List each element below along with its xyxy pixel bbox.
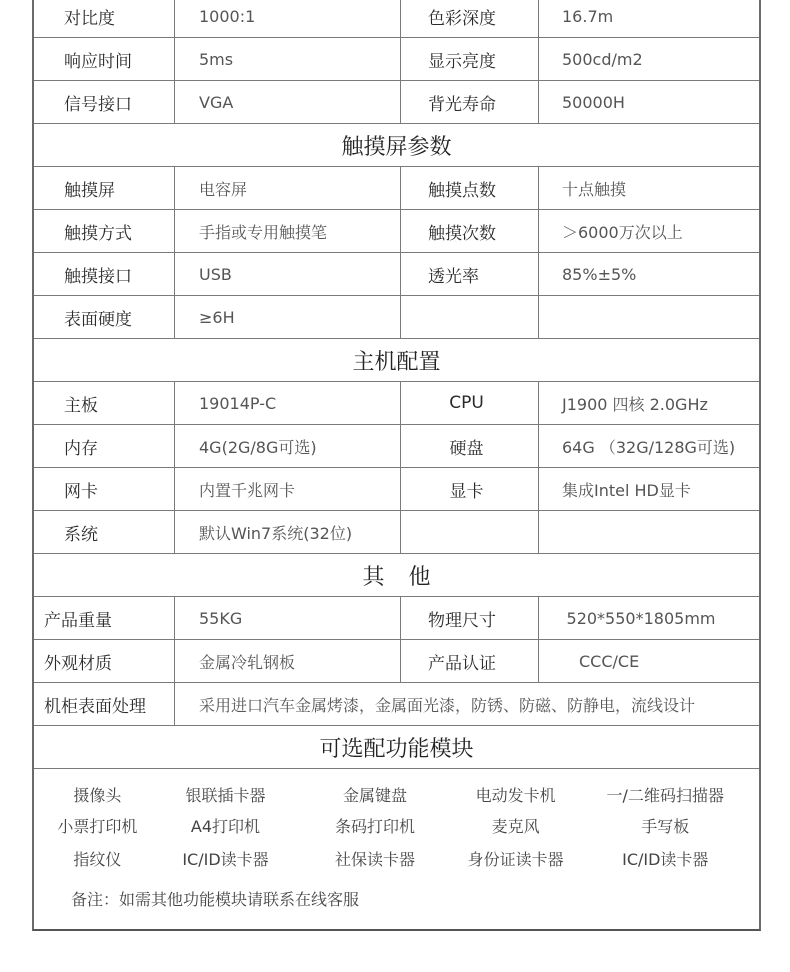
spec-value: CCC/CE [539, 640, 759, 682]
spec-key: 主板 [34, 382, 175, 424]
spec-value: 十点触摸 [539, 167, 759, 209]
spec-row-finish: 机柜表面处理 采用进口汽车金属烤漆，金属面光漆，防锈、防磁、防静电，流线设计 [34, 683, 759, 726]
spec-row: 产品重量 55KG 物理尺寸 520*550*1805mm [34, 597, 759, 640]
spec-key: 网卡 [34, 468, 175, 510]
spec-value: ≥6H [175, 296, 401, 338]
spec-value [539, 296, 759, 338]
spec-row: 表面硬度 ≥6H [34, 296, 759, 339]
spec-key: 外观材质 [34, 640, 175, 682]
spec-value: 内置千兆网卡 [175, 468, 401, 510]
section-title-other: 其他 [34, 554, 759, 597]
spec-value: 16.7m [539, 0, 759, 37]
spec-key: CPU [401, 382, 539, 424]
section-title-modules: 可选配功能模块 [34, 726, 759, 769]
spec-key: 背光寿命 [401, 81, 539, 123]
modules-note: 备注：如需其他功能模块请联系在线客服 [71, 887, 359, 910]
spec-value: 电容屏 [175, 167, 401, 209]
spec-value: 55KG [175, 597, 401, 639]
spec-row: 触摸方式 手指或专用触摸笔 触摸次数 ＞6000万次以上 [34, 210, 759, 253]
spec-row: 主板 19014P-C CPU J1900 四核 2.0GHz [34, 382, 759, 425]
spec-key: 产品重量 [34, 597, 175, 639]
spec-value: 手指或专用触摸笔 [175, 210, 401, 252]
spec-value: ＞6000万次以上 [539, 210, 759, 252]
modules-grid: 摄像头 银联插卡器 金属键盘 电动发卡机 一/二维码扫描器 小票打印机 A4打印… [34, 769, 759, 929]
module-item: 社保读卡器 [290, 847, 460, 870]
spec-key: 系统 [34, 511, 175, 553]
spec-row: 对比度 1000:1 色彩深度 16.7m [34, 0, 759, 38]
module-item: IC/ID读卡器 [572, 847, 759, 870]
spec-key: 触摸屏 [34, 167, 175, 209]
module-item: 电动发卡机 [460, 783, 572, 806]
spec-value: USB [175, 253, 401, 295]
spec-row: 外观材质 金属冷轧钢板 产品认证 CCC/CE [34, 640, 759, 683]
module-item: 手写板 [572, 814, 759, 837]
spec-key: 触摸点数 [401, 167, 539, 209]
spec-key: 对比度 [34, 0, 175, 37]
spec-value: 85%±5% [539, 253, 759, 295]
module-item: 一/二维码扫描器 [572, 783, 759, 806]
spec-value: 1000:1 [175, 0, 401, 37]
spec-row: 网卡 内置千兆网卡 显卡 集成Intel HD显卡 [34, 468, 759, 511]
spec-value: 5ms [175, 38, 401, 80]
spec-key: 透光率 [401, 253, 539, 295]
spec-value: 4G(2G/8G可选) [175, 425, 401, 467]
spec-row: 触摸屏 电容屏 触摸点数 十点触摸 [34, 167, 759, 210]
modules-row: 摄像头 银联插卡器 金属键盘 电动发卡机 一/二维码扫描器 [34, 779, 759, 809]
spec-key: 显卡 [401, 468, 539, 510]
spec-value: VGA [175, 81, 401, 123]
module-item: A4打印机 [161, 814, 291, 837]
module-item: 金属键盘 [290, 783, 460, 806]
spec-key: 色彩深度 [401, 0, 539, 37]
modules-row: 指纹仪 IC/ID读卡器 社保读卡器 身份证读卡器 IC/ID读卡器 [34, 842, 759, 875]
spec-key: 表面硬度 [34, 296, 175, 338]
spec-value: 520*550*1805mm [539, 597, 759, 639]
spec-key: 内存 [34, 425, 175, 467]
spec-value: 采用进口汽车金属烤漆，金属面光漆，防锈、防磁、防静电，流线设计 [175, 683, 759, 725]
spec-key: 响应时间 [34, 38, 175, 80]
spec-key: 物理尺寸 [401, 597, 539, 639]
spec-key: 产品认证 [401, 640, 539, 682]
spec-value: 64G （32G/128G可选) [539, 425, 759, 467]
spec-value: 默认Win7系统(32位) [175, 511, 401, 553]
section-title-host: 主机配置 [34, 339, 759, 382]
spec-row: 信号接口 VGA 背光寿命 50000H [34, 81, 759, 124]
modules-row: 小票打印机 A4打印机 条码打印机 麦克风 手写板 [34, 809, 759, 842]
module-item: 摄像头 [34, 783, 161, 806]
spec-value: 金属冷轧钢板 [175, 640, 401, 682]
spec-key: 触摸接口 [34, 253, 175, 295]
spec-key: 信号接口 [34, 81, 175, 123]
spec-key [401, 511, 539, 553]
spec-row: 响应时间 5ms 显示亮度 500cd/m2 [34, 38, 759, 81]
module-item: 小票打印机 [34, 814, 161, 837]
spec-key: 机柜表面处理 [34, 683, 175, 725]
spec-value: 集成Intel HD显卡 [539, 468, 759, 510]
spec-value: 50000H [539, 81, 759, 123]
spec-row: 触摸接口 USB 透光率 85%±5% [34, 253, 759, 296]
module-item: 麦克风 [460, 814, 572, 837]
module-item: 身份证读卡器 [460, 847, 572, 870]
spec-table: 对比度 1000:1 色彩深度 16.7m 响应时间 5ms 显示亮度 500c… [32, 0, 761, 931]
spec-value [539, 511, 759, 553]
spec-row: 系统 默认Win7系统(32位) [34, 511, 759, 554]
module-item: IC/ID读卡器 [161, 847, 291, 870]
spec-key: 硬盘 [401, 425, 539, 467]
module-item: 条码打印机 [290, 814, 460, 837]
spec-key [401, 296, 539, 338]
spec-row: 内存 4G(2G/8G可选) 硬盘 64G （32G/128G可选) [34, 425, 759, 468]
section-title-touch: 触摸屏参数 [34, 124, 759, 167]
module-item: 指纹仪 [34, 847, 161, 870]
spec-key: 触摸次数 [401, 210, 539, 252]
spec-key: 触摸方式 [34, 210, 175, 252]
module-item: 银联插卡器 [161, 783, 291, 806]
spec-key: 显示亮度 [401, 38, 539, 80]
spec-value: 19014P-C [175, 382, 401, 424]
spec-value: 500cd/m2 [539, 38, 759, 80]
spec-value: J1900 四核 2.0GHz [539, 382, 759, 424]
